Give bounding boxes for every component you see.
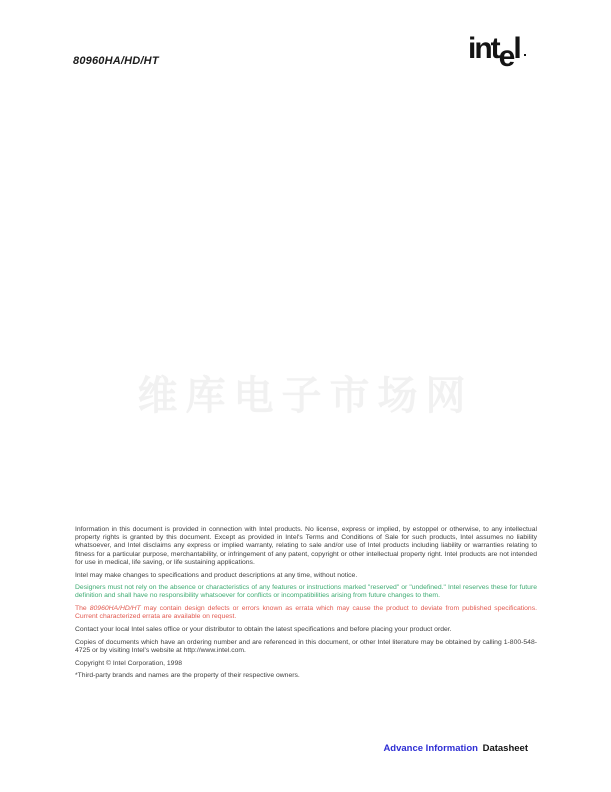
legal-paragraph-license: Information in this document is provided… — [75, 526, 537, 567]
watermark: 维库电子市场网 — [0, 364, 611, 421]
copyright-line: Copyright © Intel Corporation, 1998 — [75, 660, 537, 668]
legal-paragraph-copies: Copies of documents which have an orderi… — [75, 639, 537, 655]
page-title: 80960HA/HD/HT — [73, 55, 159, 67]
errata-prefix: The — [75, 605, 90, 612]
trademark-line: *Third-party brands and names are the pr… — [75, 672, 537, 680]
datasheet-label: Datasheet — [483, 743, 528, 754]
intel-logo: intel — [468, 34, 526, 64]
registered-mark-icon — [524, 54, 526, 56]
errata-model-name: 80960HA/HD/HT — [90, 605, 141, 612]
errata-rest: may contain design defects or errors kno… — [75, 605, 537, 620]
legal-paragraph-contact: Contact your local Intel sales office or… — [75, 626, 537, 634]
legal-paragraph-changes: Intel may make changes to specifications… — [75, 572, 537, 580]
legal-paragraph-reserved: Designers must not rely on the absence o… — [75, 584, 537, 600]
advance-information-label: Advance Information — [383, 743, 478, 754]
legal-text-block: Information in this document is provided… — [75, 526, 537, 685]
legal-paragraph-errata: The 80960HA/HD/HT may contain design def… — [75, 605, 537, 621]
intel-logo-int: int — [468, 32, 499, 65]
intel-logo-dropped-e: e — [499, 42, 514, 72]
footer: Advance Information Datasheet — [383, 743, 528, 754]
datasheet-page: 80960HA/HD/HT intel 维库电子市场网 Information … — [0, 0, 611, 792]
intel-logo-l: l — [513, 32, 519, 65]
